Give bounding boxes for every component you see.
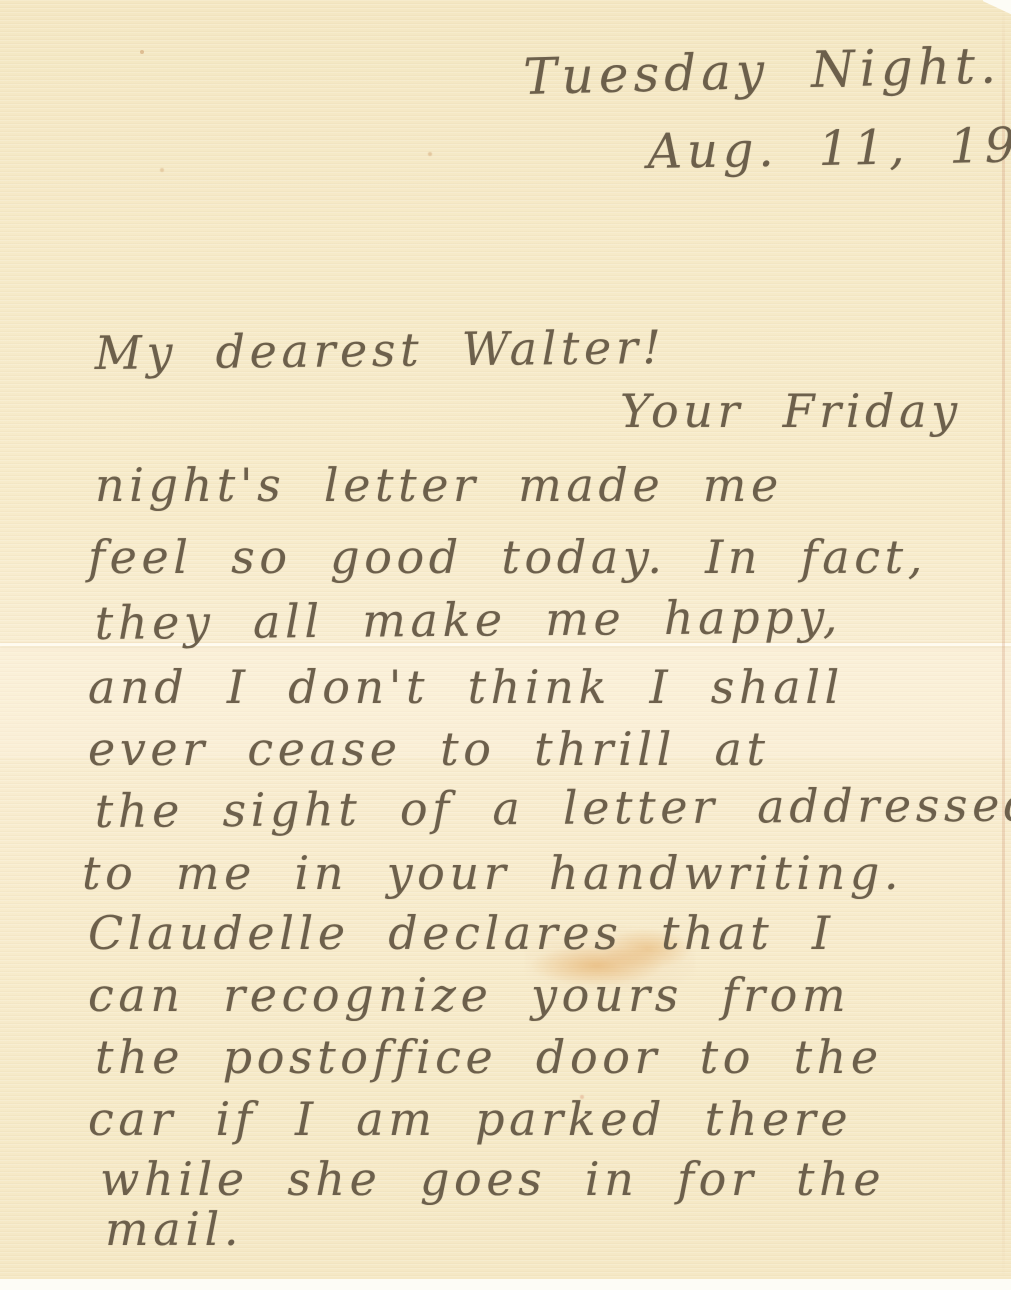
body-line-7: the sight of a letter addressed (95, 777, 1011, 838)
salutation: My dearest Walter! (94, 320, 665, 380)
body-line-4: they all make me happy, (95, 589, 843, 650)
dateline-day: Tuesday Night. (523, 36, 1002, 106)
body-line-5: and I don't think I shall (88, 660, 844, 714)
body-line-10: can recognize yours from (88, 968, 850, 1022)
body-line-14: mail. (105, 1202, 243, 1256)
body-line-12: car if I am parked there (88, 1092, 852, 1146)
body-line-1: Your Friday (620, 384, 962, 438)
paper-right-edge (1002, 0, 1005, 1279)
body-line-11: the postoffice door to the (95, 1030, 883, 1084)
dateline-date: Aug. 11, 1925. (647, 116, 1011, 180)
body-line-2: night's letter made me (95, 458, 783, 512)
body-line-8: to me in your handwriting. (82, 846, 903, 900)
paper-specks (140, 50, 144, 54)
body-line-3: feel so good today. In fact, (88, 530, 927, 584)
body-line-6: ever cease to thrill at (88, 722, 770, 776)
page-corner-fold (983, 0, 1011, 20)
letter-page: Tuesday Night. Aug. 11, 1925. My dearest… (0, 0, 1011, 1279)
body-line-13: while she goes in for the (100, 1152, 885, 1206)
body-line-9: Claudelle declares that I (88, 906, 835, 960)
